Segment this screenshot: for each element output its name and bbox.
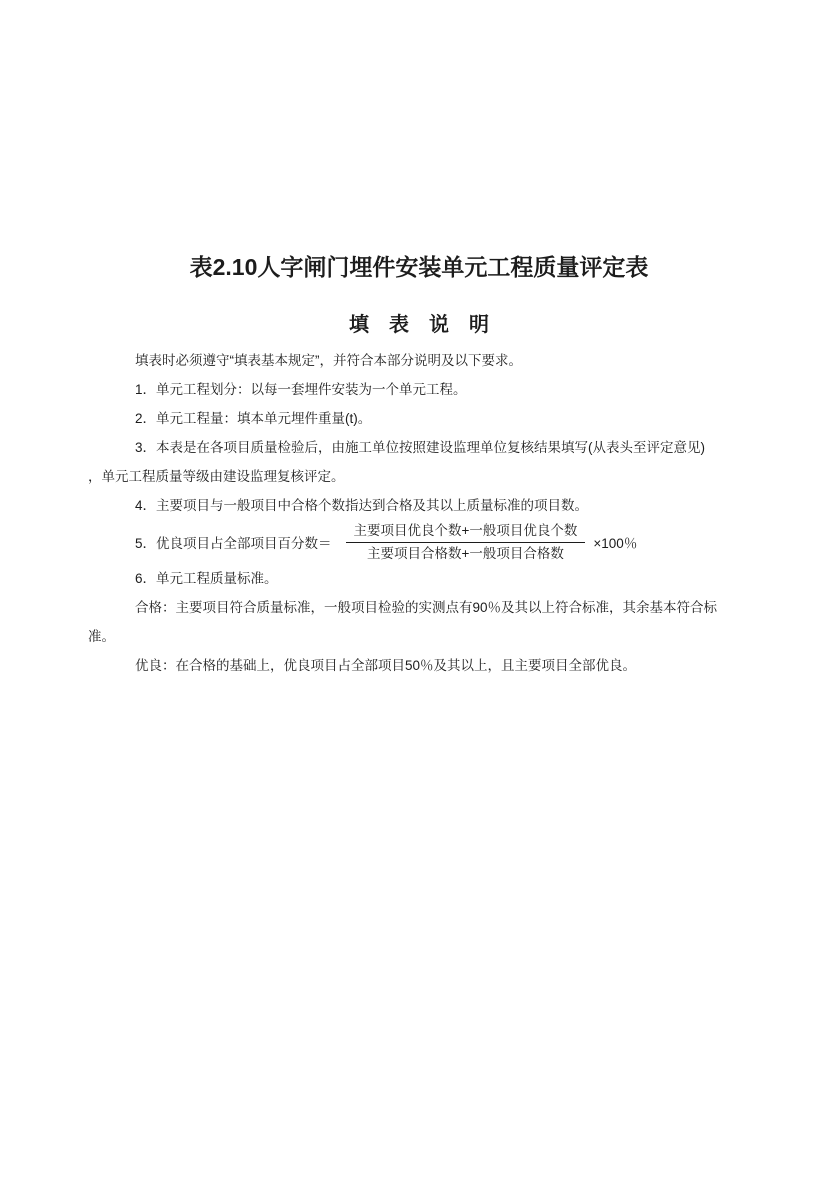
formula-multiplier: ×100％ xyxy=(593,532,637,552)
formula-numerator: 主要项目优良个数+一般项目优良个数 xyxy=(346,521,586,543)
formula-fraction: 主要项目优良个数+一般项目优良个数 主要项目合格数+一般项目合格数 xyxy=(346,521,586,564)
formula-denominator: 主要项目合格数+一般项目合格数 xyxy=(346,543,586,564)
page-title: 表2.10人字闸门埋件安装单元工程质量评定表 xyxy=(88,252,750,282)
notes-section: 填表时必须遵守“填表基本规定”，并符合本部分说明及以下要求。 1．单元工程划分：… xyxy=(88,346,750,680)
document-body: 表2.10人字闸门埋件安装单元工程质量评定表 填 表 说 明 填表时必须遵守“填… xyxy=(0,0,838,680)
formula-lhs: 5．优良项目占全部项目百分数＝ xyxy=(88,532,332,552)
document-page: 表2.10人字闸门埋件安装单元工程质量评定表 填 表 说 明 填表时必须遵守“填… xyxy=(0,0,838,1186)
section-heading: 填 表 说 明 xyxy=(88,310,750,340)
percentage-formula: 5．优良项目占全部项目百分数＝ 主要项目优良个数+一般项目优良个数 主要项目合格… xyxy=(88,520,750,564)
note-line-item6: 6．单元工程质量标准。 xyxy=(88,564,750,593)
note-line-item2: 2．单元工程量：填本单元埋件重量(t)。 xyxy=(88,404,750,433)
note-line-item4: 4．主要项目与一般项目中合格个数指达到合格及其以上质量标准的项目数。 xyxy=(88,491,750,520)
note-line-qualified-continued: 准。 xyxy=(88,622,750,651)
note-line-intro: 填表时必须遵守“填表基本规定”，并符合本部分说明及以下要求。 xyxy=(88,346,750,375)
note-line-item3-continued: ，单元工程质量等级由建设监理复核评定。 xyxy=(88,462,750,491)
note-line-item1: 1．单元工程划分：以每一套埋件安装为一个单元工程。 xyxy=(88,375,750,404)
note-line-qualified: 合格：主要项目符合质量标准，一般项目检验的实测点有90％及其以上符合标准，其余基… xyxy=(88,593,750,622)
note-line-excellent: 优良：在合格的基础上，优良项目占全部项目50％及其以上，且主要项目全部优良。 xyxy=(88,651,750,680)
note-line-item3: 3．本表是在各项目质量检验后，由施工单位按照建设监理单位复核结果填写(从表头至评… xyxy=(88,433,750,462)
